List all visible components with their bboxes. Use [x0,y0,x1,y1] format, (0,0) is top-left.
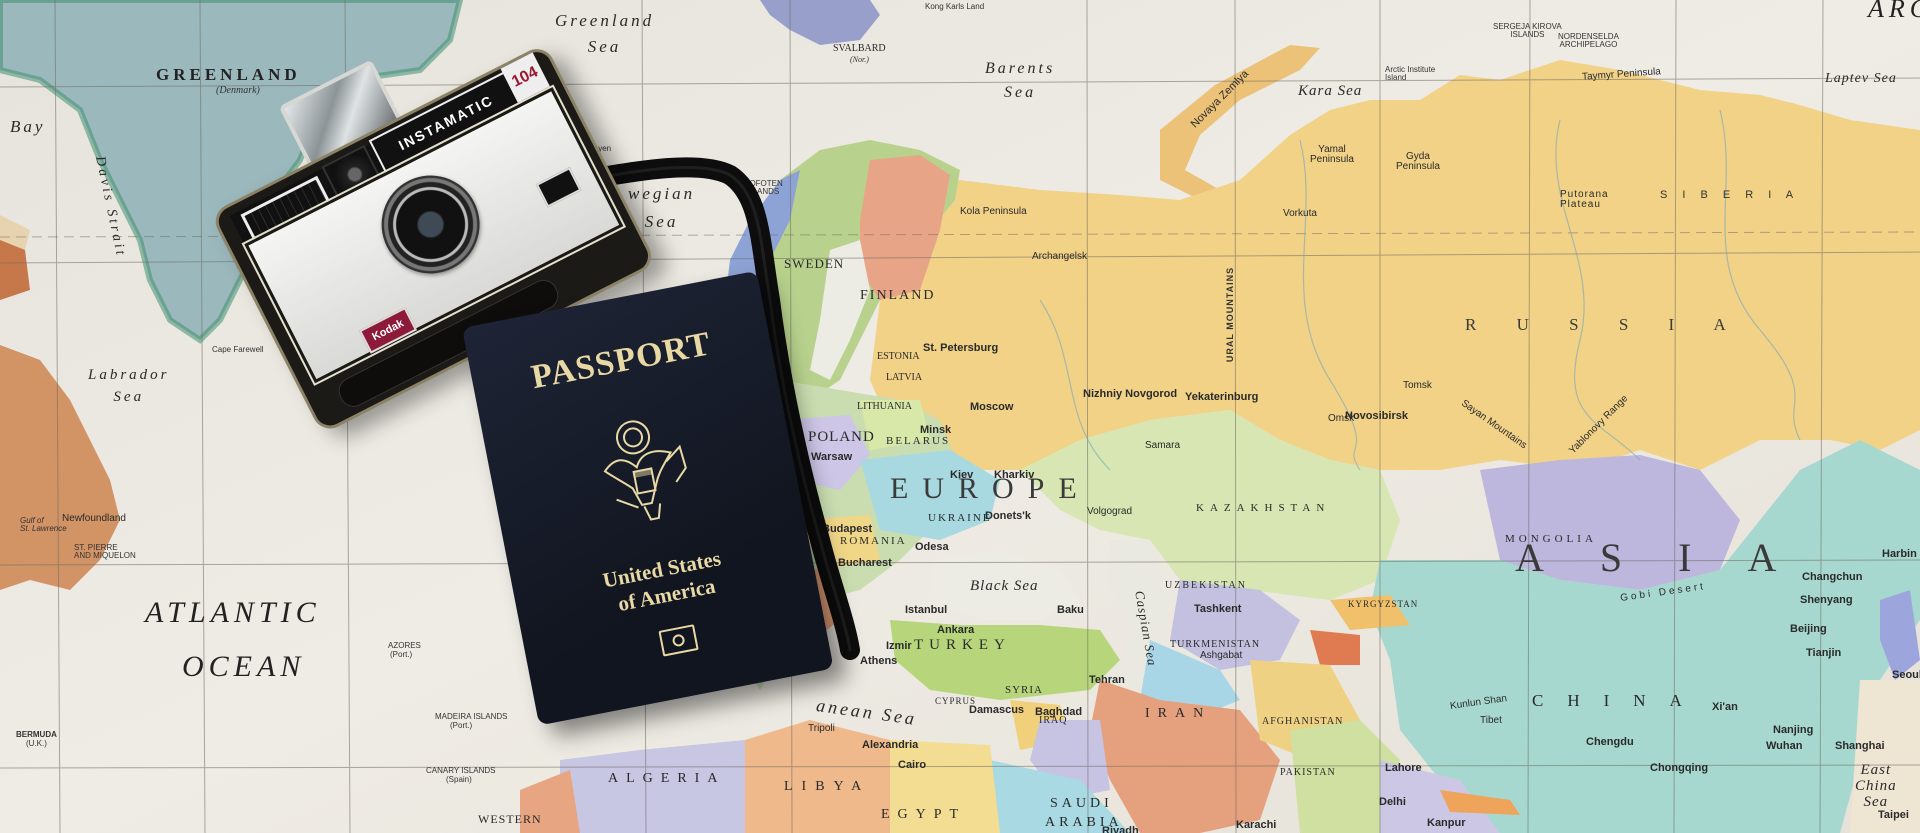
label-gulf-st-lawrence: Gulf of St. Lawrence [20,517,67,533]
label-siberia: S I B E R I A [1660,190,1799,201]
label-baffin-bay: Bay [10,118,45,135]
eagle-seal-icon [588,405,703,531]
label-europe: EUROPE [890,474,1091,504]
label-egypt: EGYPT [881,808,966,822]
label-east-china-sea: East China Sea [1855,762,1897,810]
label-western-sahara: WESTERN [478,813,542,825]
label-russia: R U S S I A [1465,316,1744,333]
label-svalbard-sub: (Nor.) [850,56,869,64]
city-nizhniy-novgorod: Nizhniy Novgorod [1083,389,1177,400]
photo-scene: GREENLAND (Denmark) Bay Davis Strait Gre… [0,0,1920,833]
city-xian: Xi'an [1712,702,1738,713]
city-changchun: Changchun [1802,572,1863,583]
label-poland: POLAND [808,430,875,445]
label-bermuda-sub: (U.K.) [26,740,47,748]
city-kiev: Kiev [950,470,973,481]
label-lithuania: LITHUANIA [857,402,912,412]
city-riyadh: Riyadh [1102,826,1139,833]
label-barents-sea: Barents Sea [985,57,1055,105]
label-uzbekistan: UZBEKISTAN [1165,581,1247,591]
label-black-sea: Black Sea [970,579,1039,594]
city-athens: Athens [860,656,897,667]
label-finland: FINLAND [860,289,935,303]
label-kyrgyzstan: KYRGYZSTAN [1348,600,1418,609]
city-baku: Baku [1057,605,1084,616]
city-omsk: Omsk [1328,414,1354,424]
city-ashgabat: Ashgabat [1200,651,1242,661]
label-newfoundland: Newfoundland [62,514,126,524]
label-estonia: ESTONIA [877,352,920,362]
city-cairo: Cairo [898,760,926,771]
passport-title: PASSPORT [470,314,772,409]
label-putorana-plateau: Putorana Plateau [1560,190,1609,210]
city-istanbul: Istanbul [905,605,947,616]
label-greenland-sub: (Denmark) [216,86,260,96]
city-samara: Samara [1145,441,1180,451]
label-turkmenistan: TURKMENISTAN [1170,640,1260,650]
label-svalbard: SVALBARD [833,44,886,54]
label-sergeja-kirova: SERGEJA KIROVA ISLANDS [1493,23,1562,39]
label-ocean: OCEAN [182,652,305,682]
label-china: CHINA [1532,692,1706,709]
label-arctic-institute: Arctic Institute Island [1385,66,1435,82]
label-gyda-peninsula: Gyda Peninsula [1396,152,1440,172]
city-budapest: Budapest [822,524,872,535]
city-izmir: Izmir [886,641,912,652]
label-algeria: ALGERIA [608,772,725,786]
label-turkey: TURKEY [914,638,1011,653]
label-atlantic: ATLANTIC [145,598,321,628]
city-tehran: Tehran [1089,675,1125,686]
city-delhi: Delhi [1379,797,1406,808]
city-taipei: Taipei [1878,810,1909,821]
label-lofoten-islands: LOFOTEN ISLANDS [745,180,783,196]
label-nordenselda: NORDENSELDA ARCHIPELAGO [1558,33,1619,49]
city-nanjing: Nanjing [1773,725,1813,736]
city-shanghai: Shanghai [1835,741,1885,752]
biometric-chip-icon [658,624,698,656]
city-warsaw: Warsaw [811,452,852,463]
label-st-pierre: ST. PIERRE AND MIQUELON [74,544,136,560]
city-novosibirsk: Novosibirsk [1345,411,1408,422]
label-latvia: LATVIA [886,373,922,383]
city-yekaterinburg: Yekaterinburg [1185,392,1258,403]
label-cape-farewell: Cape Farewell [212,346,264,354]
city-donetsk: Donets'k [985,511,1031,522]
city-beijing: Beijing [1790,624,1827,635]
city-kharkiv: Kharkiv [994,470,1034,481]
label-yamal-peninsula: Yamal Peninsula [1310,145,1354,165]
label-mongolia: MONGOLIA [1505,534,1597,545]
label-bermuda: BERMUDA [16,731,57,739]
city-chengdu: Chengdu [1586,737,1634,748]
label-azores: AZORES [388,642,421,650]
label-laptev-sea: Laptev Sea [1825,72,1897,86]
shutter-window [536,167,582,207]
label-kong-karls-land: Kong Karls Land [925,3,984,11]
label-ukraine: UKRAINE [928,513,992,524]
label-kola-peninsula: Kola Peninsula [960,207,1027,217]
city-damascus: Damascus [969,705,1024,716]
label-sweden: SWEDEN [784,257,844,270]
label-kazakhstan: KAZAKHSTAN [1196,503,1330,514]
label-azores-sub: (Port.) [390,651,412,659]
city-tianjin: Tianjin [1806,648,1841,659]
city-lahore: Lahore [1385,763,1422,774]
city-alexandria: Alexandria [862,740,918,751]
city-minsk: Minsk [920,425,951,436]
label-syria: SYRIA [1005,685,1043,696]
passport-country: United States of America [512,528,816,636]
label-madeira-sub: (Port.) [450,722,472,730]
city-tripoli: Tripoli [808,724,835,734]
city-bucharest: Bucharest [838,558,892,569]
label-romania: ROMANIA [840,536,907,547]
city-tashkent: Tashkent [1194,604,1241,615]
label-greenland: GREENLAND [156,66,301,83]
label-arctic-ocean: ARCT [1868,0,1920,22]
city-harbin: Harbin [1882,549,1917,560]
label-ural-mountains: URAL MOUNTAINS [1226,267,1235,362]
city-volgograd: Volgograd [1087,507,1132,517]
city-tomsk: Tomsk [1403,381,1432,391]
label-madeira: MADEIRA ISLANDS [435,713,507,721]
label-pakistan: PAKISTAN [1280,768,1336,778]
city-odesa: Odesa [915,542,949,553]
city-vorkuta: Vorkuta [1283,209,1317,219]
city-st-petersburg: St. Petersburg [923,343,998,354]
label-tibet: Tibet [1480,716,1502,726]
label-afghanistan: AFGHANISTAN [1262,717,1343,727]
label-libya: LIBYA [784,780,870,794]
label-greenland-sea: Greenland Sea [555,8,654,60]
city-wuhan: Wuhan [1766,741,1802,752]
label-kara-sea: Kara Sea [1298,84,1362,99]
city-ankara: Ankara [937,625,974,636]
label-belarus: BELARUS [886,436,950,447]
city-karachi: Karachi [1236,820,1276,831]
city-shenyang: Shenyang [1800,595,1853,606]
city-baghdad: Baghdad [1035,707,1082,718]
label-canary-sub: (Spain) [446,776,472,784]
label-labrador-sea: Labrador Sea [88,364,170,408]
label-saudi: SAUDI [1050,797,1113,811]
city-seoul: Seoul [1892,670,1920,681]
label-canary-islands: CANARY ISLANDS [426,767,496,775]
libya-shape [745,720,890,833]
city-kanpur: Kanpur [1427,818,1466,829]
city-chongqing: Chongqing [1650,763,1708,774]
city-arkhangelsk: Archangelsk [1032,252,1087,262]
label-iran: IRAN [1145,707,1211,721]
city-moscow: Moscow [970,402,1013,413]
